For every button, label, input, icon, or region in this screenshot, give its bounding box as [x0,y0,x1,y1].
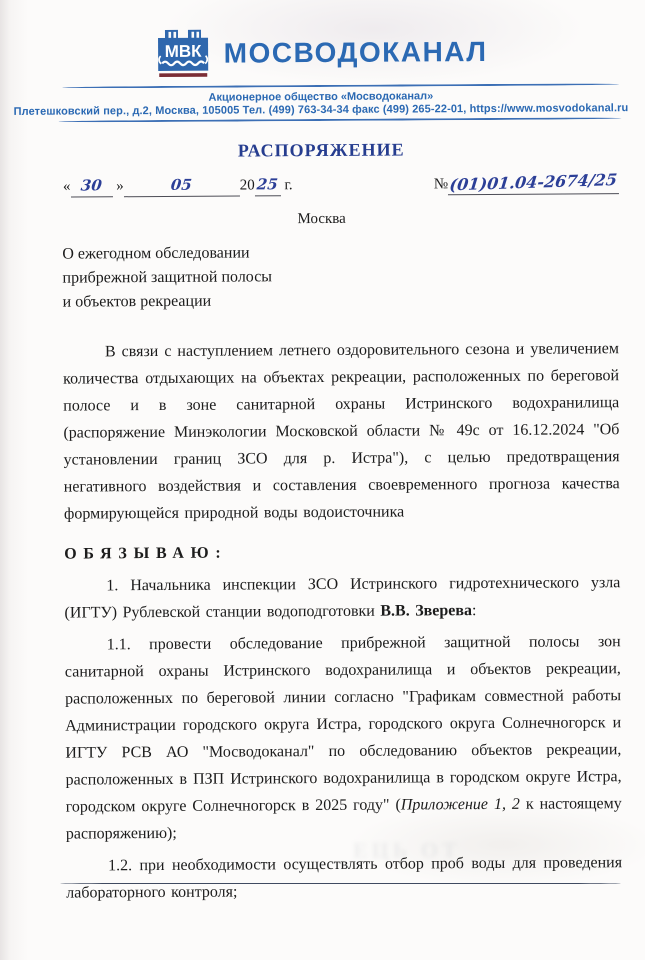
doc-title: РАСПОРЯЖЕНИЕ [0,138,644,163]
document-body: В связи с наступлением летнего оздоровит… [63,335,622,906]
item-1-text: 1. Начальника инспекции ЗСО Истринского … [64,574,620,621]
number-label: № [434,176,448,192]
item-1-1-annex-ref: Приложение 1, 2 [401,796,520,814]
date-year-field: 25 [255,175,281,196]
logo-row: МВК МОСВОДОКАНАЛ [0,0,643,82]
city-label: Москва [0,209,644,230]
handwritten-number: (01)01.04-2674/25 [449,170,618,194]
org-address: Плетешковский пер., д.2, Москва, 105005 … [0,102,643,118]
handwritten-day: 30 [80,176,103,194]
letterhead-rule-top [62,83,619,88]
subject-line-1: О ежегодном обследовании [62,239,644,267]
date-century: 20 [240,177,255,193]
item-1-name: В.В. Зверева [380,602,472,620]
date-year-suffix: г. [284,177,292,193]
handwritten-month: 05 [170,176,193,194]
subject-block: О ежегодном обследовании прибрежной защи… [62,239,644,315]
scanned-sheet: МВК МОСВОДОКАНАЛ Акционерное общество «М… [0,0,645,907]
org-name: МОСВОДОКАНАЛ [224,36,488,70]
scan-bleed-artifact: ЕЦЬ ОТ [353,837,553,868]
item-1-colon: : [472,602,477,619]
preamble-paragraph: В связи с наступлением летнего оздоровит… [63,335,620,527]
document-page: МВК МОСВОДОКАНАЛ Акционерное общество «М… [0,0,645,960]
date-day-field: 30 [70,176,112,197]
date-block: «30 »052025 г. [63,175,293,197]
obligate-heading: ОБЯЗЫВАЮ: [64,537,620,567]
meta-row: «30 »052025 г. №(01)01.04-2674/25 [63,172,619,197]
item-1-1-text: 1.1. провести обследование прибрежной за… [65,633,622,815]
date-close-quote: » [116,178,124,194]
subject-line-2: прибрежной защитной полосы [62,263,644,291]
subject-line-3: и объектов рекреации [63,287,645,315]
date-open-quote: « [63,179,71,195]
handwritten-year: 25 [256,175,279,193]
footer-separator-line [60,883,621,884]
letterhead: МВК МОСВОДОКАНАЛ Акционерное общество «М… [0,0,644,123]
letterhead-rule-bottom [59,117,622,122]
item-1: 1. Начальника инспекции ЗСО Истринского … [64,569,620,626]
number-field: (01)01.04-2674/25 [448,172,619,195]
number-block: №(01)01.04-2674/25 [434,172,619,195]
date-month-field: 05 [124,176,240,198]
mvk-logo-icon: МВК [154,27,212,81]
svg-text:МВК: МВК [164,42,202,61]
item-1-1: 1.1. провести обследование прибрежной за… [65,628,622,847]
